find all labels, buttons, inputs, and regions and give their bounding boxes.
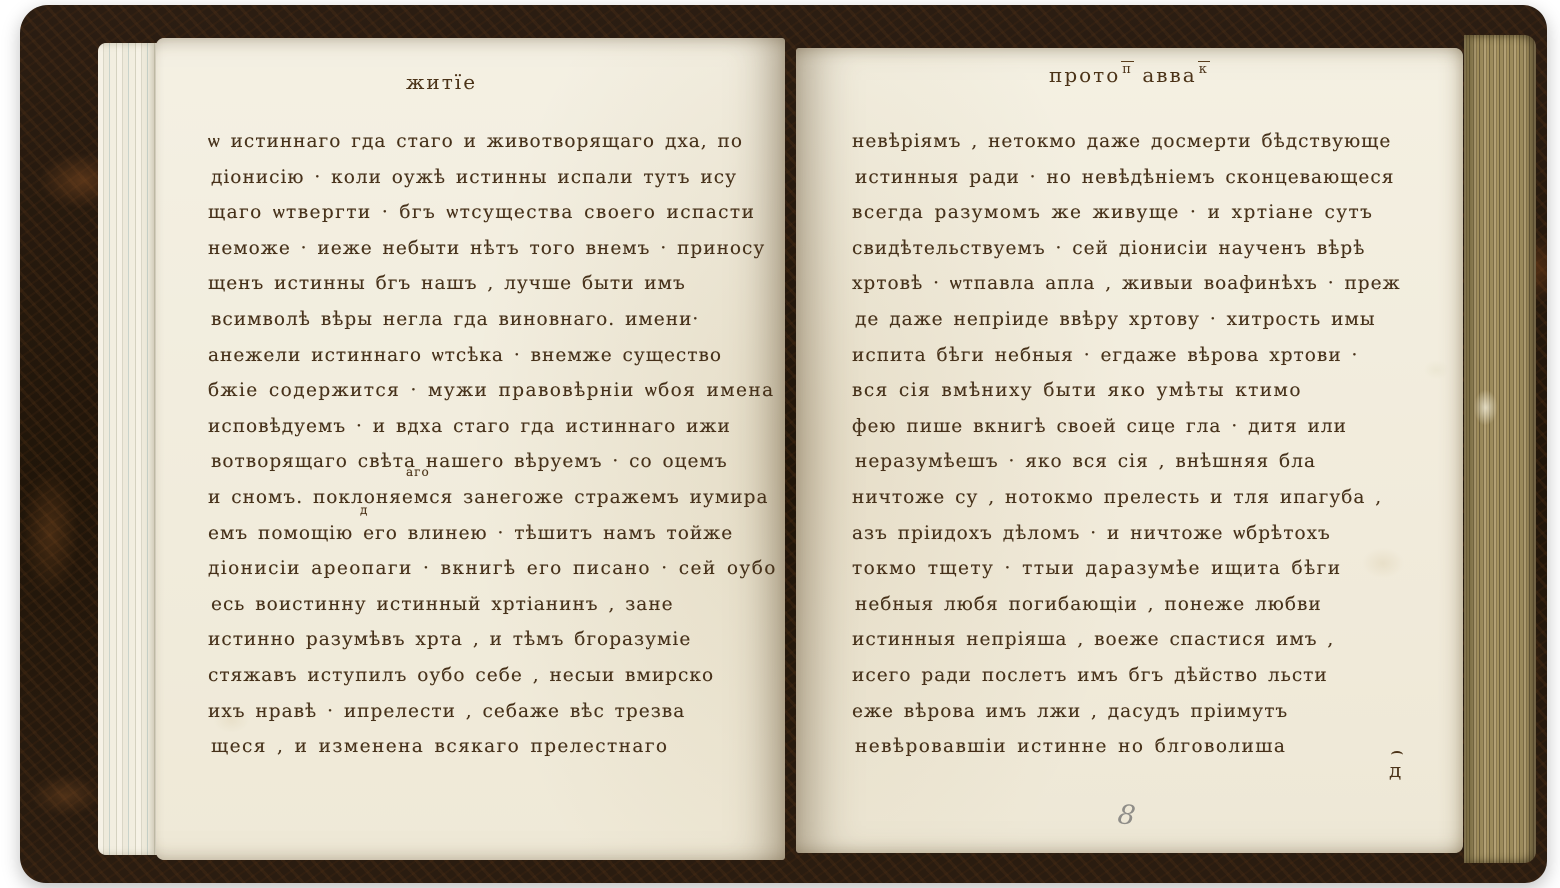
manuscript-line: истинныя непріяша , воеже спастися имъ , (852, 622, 1412, 658)
quire-titlo-mark (1391, 751, 1403, 759)
manuscript-line: и сномъ. поклоняемся занегоже стражемъ и… (208, 480, 756, 516)
manuscript-line: есь воистинну истинный хртіанинъ , зане (211, 587, 756, 623)
manuscript-line: истинно разумѣвъ хрта , и тѣмъ бгоразумі… (208, 622, 756, 658)
left-page-edge-stack (98, 43, 158, 855)
manuscript-line: діонисіи ареопаги · вкнигѣ его писано · … (208, 551, 756, 587)
photo-of-open-manuscript-book: житїе ѡ истиннаго гда стаго и животворящ… (0, 0, 1560, 888)
manuscript-line: діонисію · коли оужѣ истинны испали тутъ… (211, 160, 756, 196)
manuscript-line: всегда разумомъ же живуще · и хртіане су… (852, 195, 1412, 231)
header-word: прото (1049, 63, 1120, 87)
header-superscript: к (1198, 61, 1210, 77)
header-word: авва (1142, 63, 1196, 87)
left-page: житїе ѡ истиннаго гда стаго и животворящ… (156, 38, 785, 860)
manuscript-line: неможе · иеже небыти нѣтъ того внемъ · п… (208, 231, 756, 267)
manuscript-line: стяжавъ иступилъ оубо себе , несыи вмирс… (208, 658, 756, 694)
pencil-folio-number: 8 (1116, 799, 1137, 832)
manuscript-line: свидѣтельствуемъ · сей діонисіи наученъ … (852, 231, 1412, 267)
quire-signature: д (1389, 758, 1401, 782)
manuscript-line: хртовѣ · ѡтпавла апла , живыи воафинѣхъ … (852, 266, 1412, 302)
right-text-block: невѣріямъ , нетокмо даже досмерти бѣдств… (852, 124, 1412, 765)
right-page: протоп аввак невѣріямъ , нетокмо даже до… (796, 48, 1463, 853)
manuscript-line: истинныя ради · но невѣдѣніемъ сконцеваю… (855, 160, 1412, 196)
manuscript-line: емъ помощію его влинею · тѣшитъ намъ той… (208, 516, 756, 552)
manuscript-line: небныя любя погибающіи , понеже любви (855, 587, 1412, 623)
manuscript-line: щаго ѡтвергти · бгъ ѡтсущества своего ис… (208, 195, 756, 231)
manuscript-line: щенъ истинны бгъ нашъ , лучше быти имъ (208, 266, 756, 302)
interlinear-correction: д (360, 504, 368, 516)
manuscript-line: невѣровавшіи истинне но блговолиша (855, 729, 1412, 765)
manuscript-line: щеся , и изменена всякаго прелестнаго (211, 729, 756, 765)
left-text-block: ѡ истиннаго гда стаго и животворящаго дх… (208, 124, 756, 765)
manuscript-line: вотворящаго свѣта нашего вѣруемъ · со оц… (211, 444, 756, 480)
manuscript-line: испита бѣги небныя · егдаже вѣрова хртов… (852, 338, 1412, 374)
manuscript-line: анежели истиннаго ѡтсѣка · внемже сущест… (208, 338, 756, 374)
manuscript-line: де даже непріиде ввѣру хртову · хитрость… (855, 302, 1412, 338)
manuscript-line: ѡ истиннаго гда стаго и животворящаго дх… (208, 124, 756, 160)
leather-binding: житїе ѡ истиннаго гда стаго и животворящ… (20, 5, 1547, 883)
manuscript-line: невѣріямъ , нетокмо даже досмерти бѣдств… (852, 124, 1412, 160)
manuscript-line: вся сія вмѣниху быти яко умѣты ктимо (852, 373, 1412, 409)
manuscript-line: фею пише вкнигѣ своей сице гла · дитя ил… (852, 409, 1412, 445)
header-superscript: п (1121, 61, 1134, 77)
right-fore-edge (1464, 35, 1536, 863)
manuscript-line: неразумѣешъ · яко вся сія , внѣшняя бла (855, 444, 1412, 480)
manuscript-line: исего ради послетъ имъ бгъ дѣйство льсти (852, 658, 1412, 694)
manuscript-line: азъ пріидохъ дѣломъ · и ничтоже ѡбрѣтохъ (852, 516, 1412, 552)
manuscript-line: ихъ нравѣ · ипрелести , себаже вѣс трезв… (208, 694, 756, 730)
manuscript-line: еже вѣрова имъ лжи , дасудъ пріимутъ (852, 694, 1412, 730)
manuscript-line: токмо тщету · ттыи даразумѣе ищита бѣги (852, 551, 1412, 587)
left-running-header: житїе (406, 70, 477, 94)
quire-letter: д (1389, 758, 1401, 782)
interlinear-correction: аго (406, 466, 430, 478)
manuscript-line: всимволѣ вѣры негла гда виновнаго. имени… (211, 302, 756, 338)
manuscript-line: исповѣдуемъ · и вдха стаго гда истиннаго… (208, 409, 756, 445)
manuscript-line: ничтоже су , нотокмо прелесть и тля ипаг… (852, 480, 1412, 516)
manuscript-line: бжіе содержится · мужи правовѣрніи ѡбоя … (208, 373, 756, 409)
right-running-header: протоп аввак (1049, 62, 1210, 87)
